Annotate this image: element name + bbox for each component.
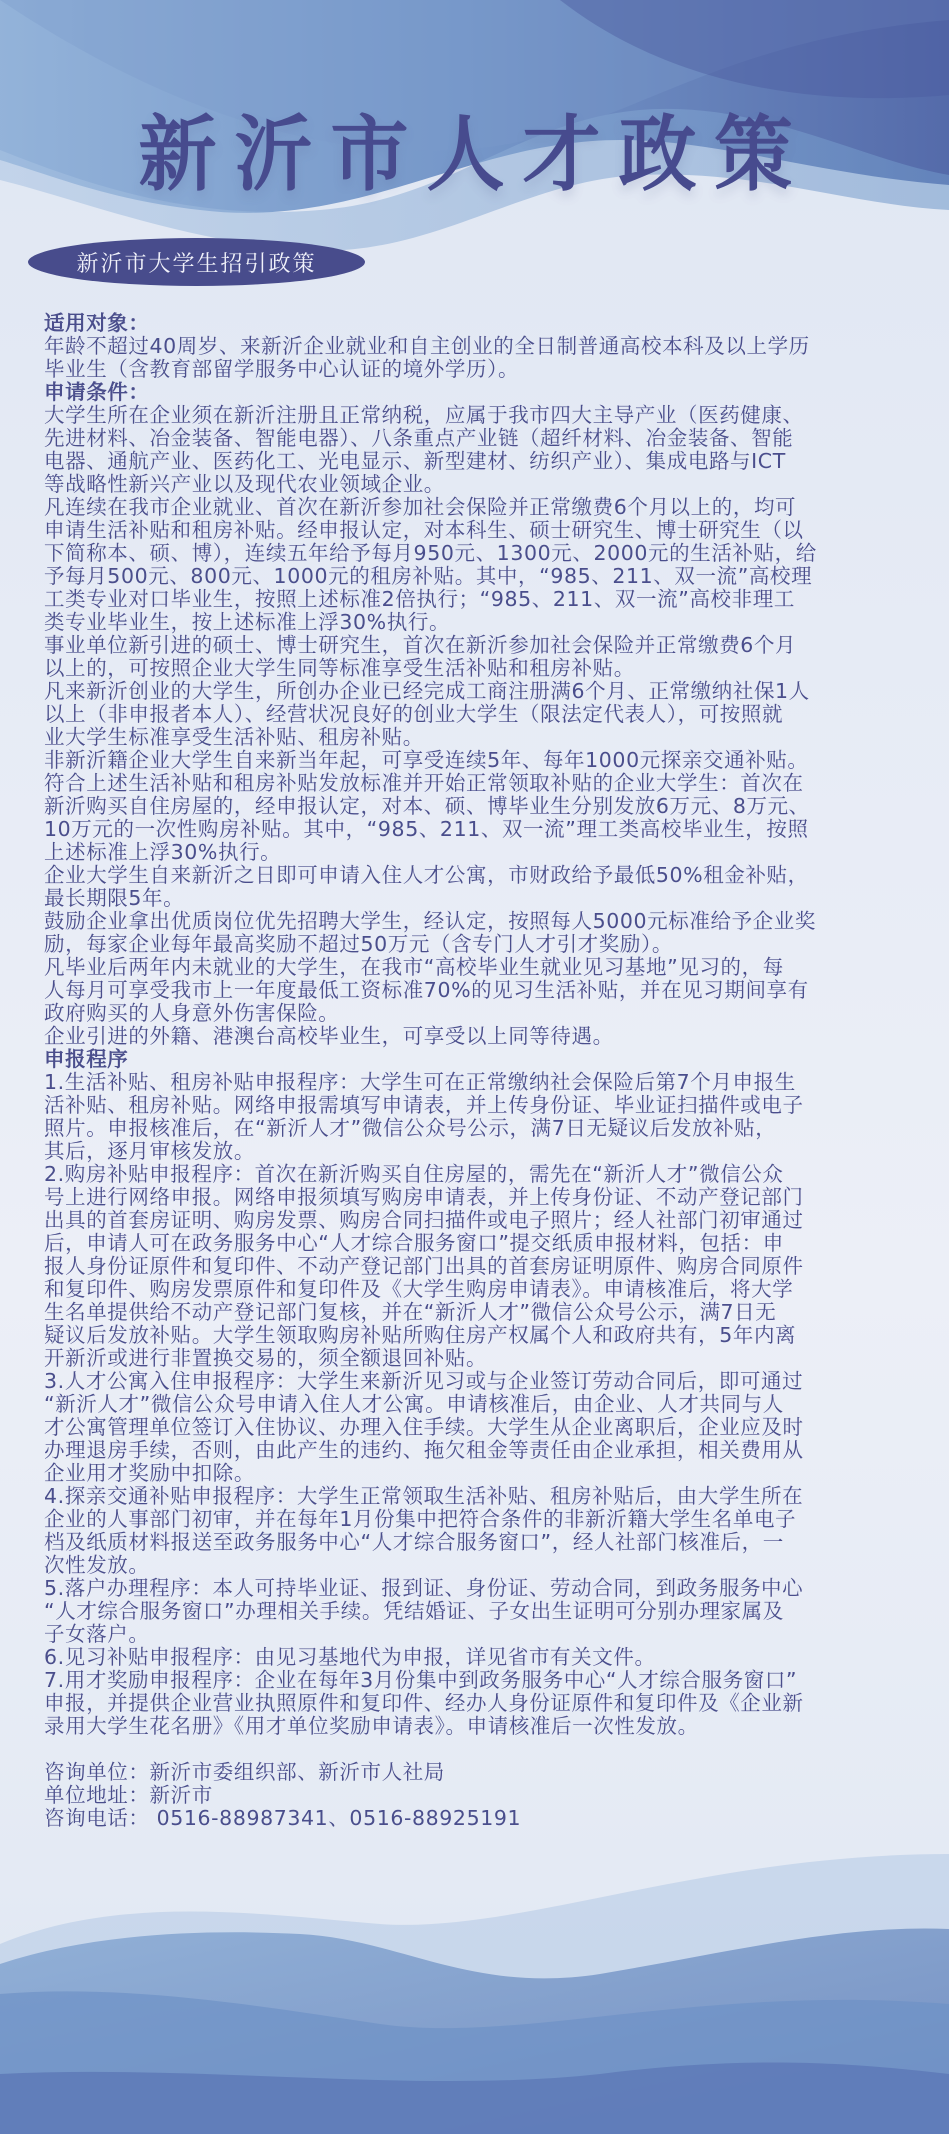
applicable-heading: 适用对象： xyxy=(44,312,914,335)
conditions-line: 电器、通航产业、医药化工、光电显示、新型建材、纺织产业）、集成电路与ICT xyxy=(44,450,914,473)
conditions-line: 最长期限5年。 xyxy=(44,887,914,910)
procedures-line: 6.见习补贴申报程序：由见习基地代为申报，详见省市有关文件。 xyxy=(44,1646,914,1669)
conditions-line: 凡毕业后两年内未就业的大学生，在我市“高校毕业生就业见习基地”见习的，每 xyxy=(44,956,914,979)
conditions-line: 事业单位新引进的硕士、博士研究生，首次在新沂参加社会保险并正常缴费6个月 xyxy=(44,634,914,657)
procedures-line: 开新沂或进行非置换交易的，须全额退回补贴。 xyxy=(44,1347,914,1370)
conditions-line: 企业引进的外籍、港澳台高校毕业生，可享受以上同等待遇。 xyxy=(44,1025,914,1048)
procedures-line: 和复印件、购房发票原件和复印件及《大学生购房申请表》。申请核准后，将大学 xyxy=(44,1278,914,1301)
procedures-heading: 申报程序 xyxy=(44,1048,914,1071)
procedures-line: 疑议后发放补贴。大学生领取购房补贴所购住房产权属个人和政府共有，5年内离 xyxy=(44,1324,914,1347)
procedures-line: 照片。申报核准后，在“新沂人才”微信公众号公示，满7日无疑议后发放补贴， xyxy=(44,1117,914,1140)
conditions-line: 人每月可享受我市上一年度最低工资标准70%的见习生活补贴，并在见习期间享有 xyxy=(44,979,914,1002)
procedures-line: 2.购房补贴申报程序：首次在新沂购买自住房屋的，需先在“新沂人才”微信公众 xyxy=(44,1163,914,1186)
contact-phone: 咨询电话： 0516-88987341、0516-88925191 xyxy=(44,1807,914,1830)
contact-unit-value: 新沂市委组织部、新沂市人社局 xyxy=(150,1760,445,1784)
conditions-line: 励，每家企业每年最高奖励不超过50万元（含专门人才引才奖励）。 xyxy=(44,933,914,956)
contact-unit: 咨询单位：新沂市委组织部、新沂市人社局 xyxy=(44,1761,914,1784)
conditions-line: 凡连续在我市企业就业、首次在新沂参加社会保险并正常缴费6个月以上的，均可 xyxy=(44,496,914,519)
conditions-line: 予每月500元、800元、1000元的租房补贴。其中，“985、211、双一流”… xyxy=(44,565,914,588)
procedures-line: 5.落户办理程序：本人可持毕业证、报到证、身份证、劳动合同，到政务服务中心 xyxy=(44,1577,914,1600)
procedures-line: “人才综合服务窗口”办理相关手续。凭结婚证、子女出生证明可分别办理家属及 xyxy=(44,1600,914,1623)
procedures-line: 活补贴、租房补贴。网络申报需填写申请表，并上传身份证、毕业证扫描件或电子 xyxy=(44,1094,914,1117)
conditions-line: 大学生所在企业须在新沂注册且正常纳税，应属于我市四大主导产业（医药健康、 xyxy=(44,404,914,427)
conditions-line: 上述标准上浮30%执行。 xyxy=(44,841,914,864)
section-badge-label: 新沂市大学生招引政策 xyxy=(76,247,316,278)
contact-phone-value: 0516-88987341、0516-88925191 xyxy=(150,1806,522,1830)
procedures-line: 其后，逐月审核发放。 xyxy=(44,1140,914,1163)
procedures-line: 档及纸质材料报送至政务服务中心“人才综合服务窗口”，经人社部门核准后，一 xyxy=(44,1531,914,1554)
conditions-line: 新沂购买自住房屋的，经申报认定，对本、硕、博毕业生分别发放6万元、8万元、 xyxy=(44,795,914,818)
conditions-line: 先进材料、冶金装备、智能电器）、八条重点产业链（超纤材料、冶金装备、智能 xyxy=(44,427,914,450)
procedures-line: 录用大学生花名册》《用才单位奖励申请表》。申请核准后一次性发放。 xyxy=(44,1715,914,1738)
procedures-line: 号上进行网络申报。网络申报须填写购房申请表，并上传身份证、不动产登记部门 xyxy=(44,1186,914,1209)
conditions-line: 业大学生标准享受生活补贴、租房补贴。 xyxy=(44,726,914,749)
conditions-heading: 申请条件： xyxy=(44,381,914,404)
contact-phone-label: 咨询电话： xyxy=(44,1806,150,1830)
procedures-line: 7.用才奖励申报程序：企业在每年3月份集中到政务服务中心“人才综合服务窗口” xyxy=(44,1669,914,1692)
conditions-line: 鼓励企业拿出优质岗位优先招聘大学生，经认定，按照每人5000元标准给予企业奖 xyxy=(44,910,914,933)
procedures-line: 子女落户。 xyxy=(44,1623,914,1646)
contact-address: 单位地址：新沂市 xyxy=(44,1784,914,1807)
applicable-line: 毕业生（含教育部留学服务中心认证的境外学历）。 xyxy=(44,358,914,381)
procedures-line: 报人身份证原件和复印件、不动产登记部门出具的首套房证明原件、购房合同原件 xyxy=(44,1255,914,1278)
conditions-line: 以上（非申报者本人）、经营状况良好的创业大学生（限法定代表人），可按照就 xyxy=(44,703,914,726)
procedures-line: 生名单提供给不动产登记部门复核，并在“新沂人才”微信公众号公示，满7日无 xyxy=(44,1301,914,1324)
contact-spacer xyxy=(44,1738,914,1761)
procedures-line: 出具的首套房证明、购房发票、购房合同扫描件或电子照片；经人社部门初审通过 xyxy=(44,1209,914,1232)
procedures-line: 才公寓管理单位签订入住协议、办理入住手续。大学生从企业离职后，企业应及时 xyxy=(44,1416,914,1439)
procedures-line: 3.人才公寓入住申报程序：大学生来新沂见习或与企业签订劳动合同后，即可通过 xyxy=(44,1370,914,1393)
conditions-line: 以上的，可按照企业大学生同等标准享受生活补贴和租房补贴。 xyxy=(44,657,914,680)
conditions-line: 凡来新沂创业的大学生，所创办企业已经完成工商注册满6个月、正常缴纳社保1人 xyxy=(44,680,914,703)
procedures-line: 4.探亲交通补贴申报程序：大学生正常领取生活补贴、租房补贴后，由大学生所在 xyxy=(44,1485,914,1508)
conditions-line: 10万元的一次性购房补贴。其中，“985、211、双一流”理工类高校毕业生，按照 xyxy=(44,818,914,841)
conditions-line: 政府购买的人身意外伤害保险。 xyxy=(44,1002,914,1025)
poster-title: 新沂市人才政策 xyxy=(0,89,949,207)
contact-address-label: 单位地址： xyxy=(44,1783,150,1807)
section-badge: 新沂市大学生招引政策 xyxy=(28,238,365,286)
procedures-line: 办理退房手续，否则，由此产生的违约、拖欠租金等责任由企业承担，相关费用从 xyxy=(44,1439,914,1462)
procedures-line: 企业的人事部门初审，并在每年1月份集中把符合条件的非新沂籍大学生名单电子 xyxy=(44,1508,914,1531)
contact-unit-label: 咨询单位： xyxy=(44,1760,150,1784)
conditions-line: 企业大学生自来新沂之日即可申请入住人才公寓，市财政给予最低50%租金补贴， xyxy=(44,864,914,887)
procedures-line: 次性发放。 xyxy=(44,1554,914,1577)
conditions-line: 类专业毕业生，按上述标准上浮30%执行。 xyxy=(44,611,914,634)
policy-content: 适用对象： 年龄不超过40周岁、来新沂企业就业和自主创业的全日制普通高校本科及以… xyxy=(44,312,914,1830)
contact-address-value: 新沂市 xyxy=(150,1783,213,1807)
applicable-line: 年龄不超过40周岁、来新沂企业就业和自主创业的全日制普通高校本科及以上学历 xyxy=(44,335,914,358)
bottom-wave-decoration xyxy=(0,1834,949,2134)
conditions-line: 非新沂籍企业大学生自来新当年起，可享受连续5年、每年1000元探亲交通补贴。 xyxy=(44,749,914,772)
conditions-line: 工类专业对口毕业生，按照上述标准2倍执行；“985、211、双一流”高校非理工 xyxy=(44,588,914,611)
conditions-line: 符合上述生活补贴和租房补贴发放标准并开始正常领取补贴的企业大学生：首次在 xyxy=(44,772,914,795)
procedures-line: 申报，并提供企业营业执照原件和复印件、经办人身份证原件和复印件及《企业新 xyxy=(44,1692,914,1715)
conditions-line: 下简称本、硕、博），连续五年给予每月950元、1300元、2000元的生活补贴，… xyxy=(44,542,914,565)
procedures-line: 1.生活补贴、租房补贴申报程序：大学生可在正常缴纳社会保险后第7个月申报生 xyxy=(44,1071,914,1094)
conditions-line: 申请生活补贴和租房补贴。经申报认定，对本科生、硕士研究生、博士研究生（以 xyxy=(44,519,914,542)
procedures-line: 企业用才奖励中扣除。 xyxy=(44,1462,914,1485)
conditions-line: 等战略性新兴产业以及现代农业领域企业。 xyxy=(44,473,914,496)
procedures-line: 后，申请人可在政务服务中心“人才综合服务窗口”提交纸质申报材料，包括：申 xyxy=(44,1232,914,1255)
procedures-line: “新沂人才”微信公众号申请入住人才公寓。申请核准后，由企业、人才共同与人 xyxy=(44,1393,914,1416)
